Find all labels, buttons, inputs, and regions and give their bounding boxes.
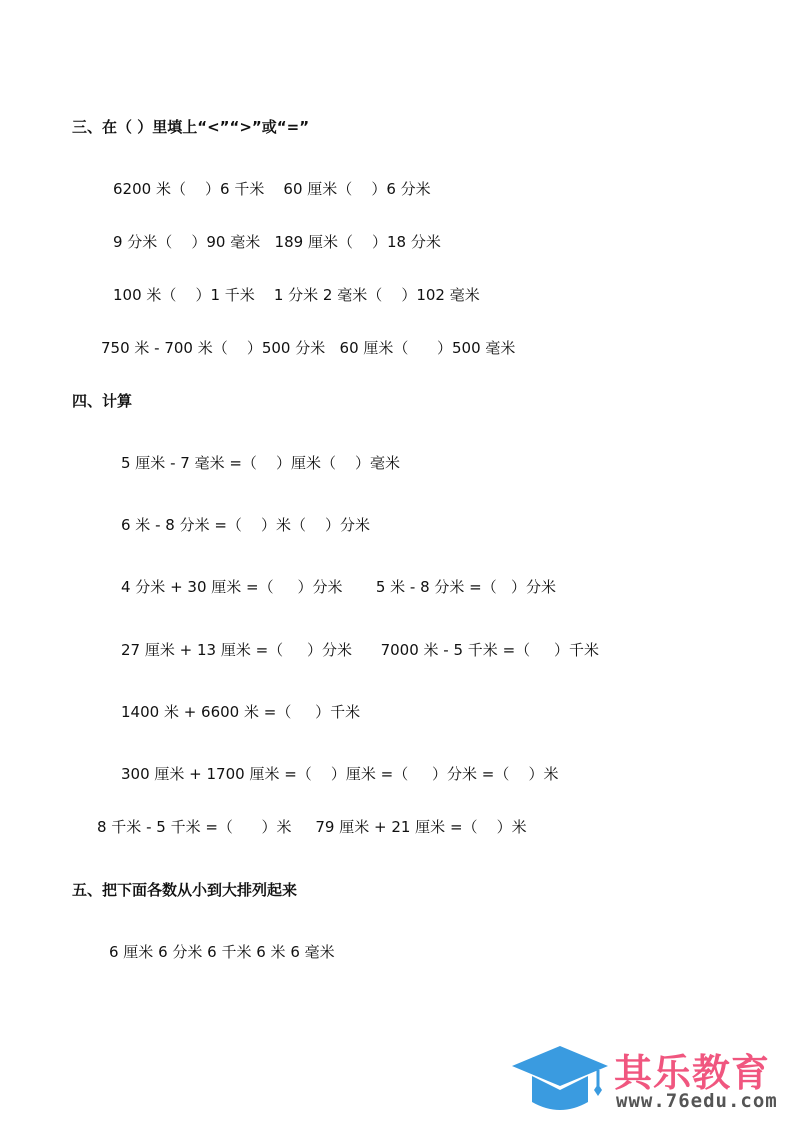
calc-line-7: 8 千米 - 5 千米 =（ ）米 79 厘米 + 21 厘米 =（ ）米 (97, 816, 527, 837)
compare-line-4: 750 米 - 700 米（ ）500 分米 60 厘米（ ）500 毫米 (101, 337, 515, 358)
section-3-heading: 三、在（ ）里填上“<”“>”或“=” (72, 116, 309, 137)
brand-name: 其乐教育 (614, 1042, 770, 1097)
brand-logo: 其乐教育 www.76edu.com (510, 1040, 793, 1115)
section-5-heading: 五、把下面各数从小到大排列起来 (72, 879, 297, 900)
calc-line-6: 300 厘米 + 1700 厘米 =（ ）厘米 =（ ）分米 =（ ）米 (121, 763, 558, 784)
compare-line-1: 6200 米（ ）6 千米 60 厘米（ ）6 分米 (113, 178, 431, 199)
calc-line-2: 6 米 - 8 分米 =（ ）米（ ）分米 (121, 514, 370, 535)
graduation-cap-icon (510, 1040, 610, 1115)
compare-line-3: 100 米（ ）1 千米 1 分米 2 毫米（ ）102 毫米 (113, 284, 480, 305)
section-4-heading: 四、计算 (72, 390, 132, 411)
brand-url: www.76edu.com (616, 1090, 778, 1112)
sort-line-1: 6 厘米 6 分米 6 千米 6 米 6 毫米 (109, 941, 335, 962)
calc-line-4: 27 厘米 + 13 厘米 =（ ）分米 7000 米 - 5 千米 =（ ）千… (121, 639, 599, 660)
calc-line-3: 4 分米 + 30 厘米 =（ ）分米 5 米 - 8 分米 =（ ）分米 (121, 576, 556, 597)
calc-line-1: 5 厘米 - 7 毫米 =（ ）厘米（ ）毫米 (121, 452, 400, 473)
calc-line-5: 1400 米 + 6600 米 =（ ）千米 (121, 701, 360, 722)
compare-line-2: 9 分米（ ）90 毫米 189 厘米（ ）18 分米 (113, 231, 441, 252)
